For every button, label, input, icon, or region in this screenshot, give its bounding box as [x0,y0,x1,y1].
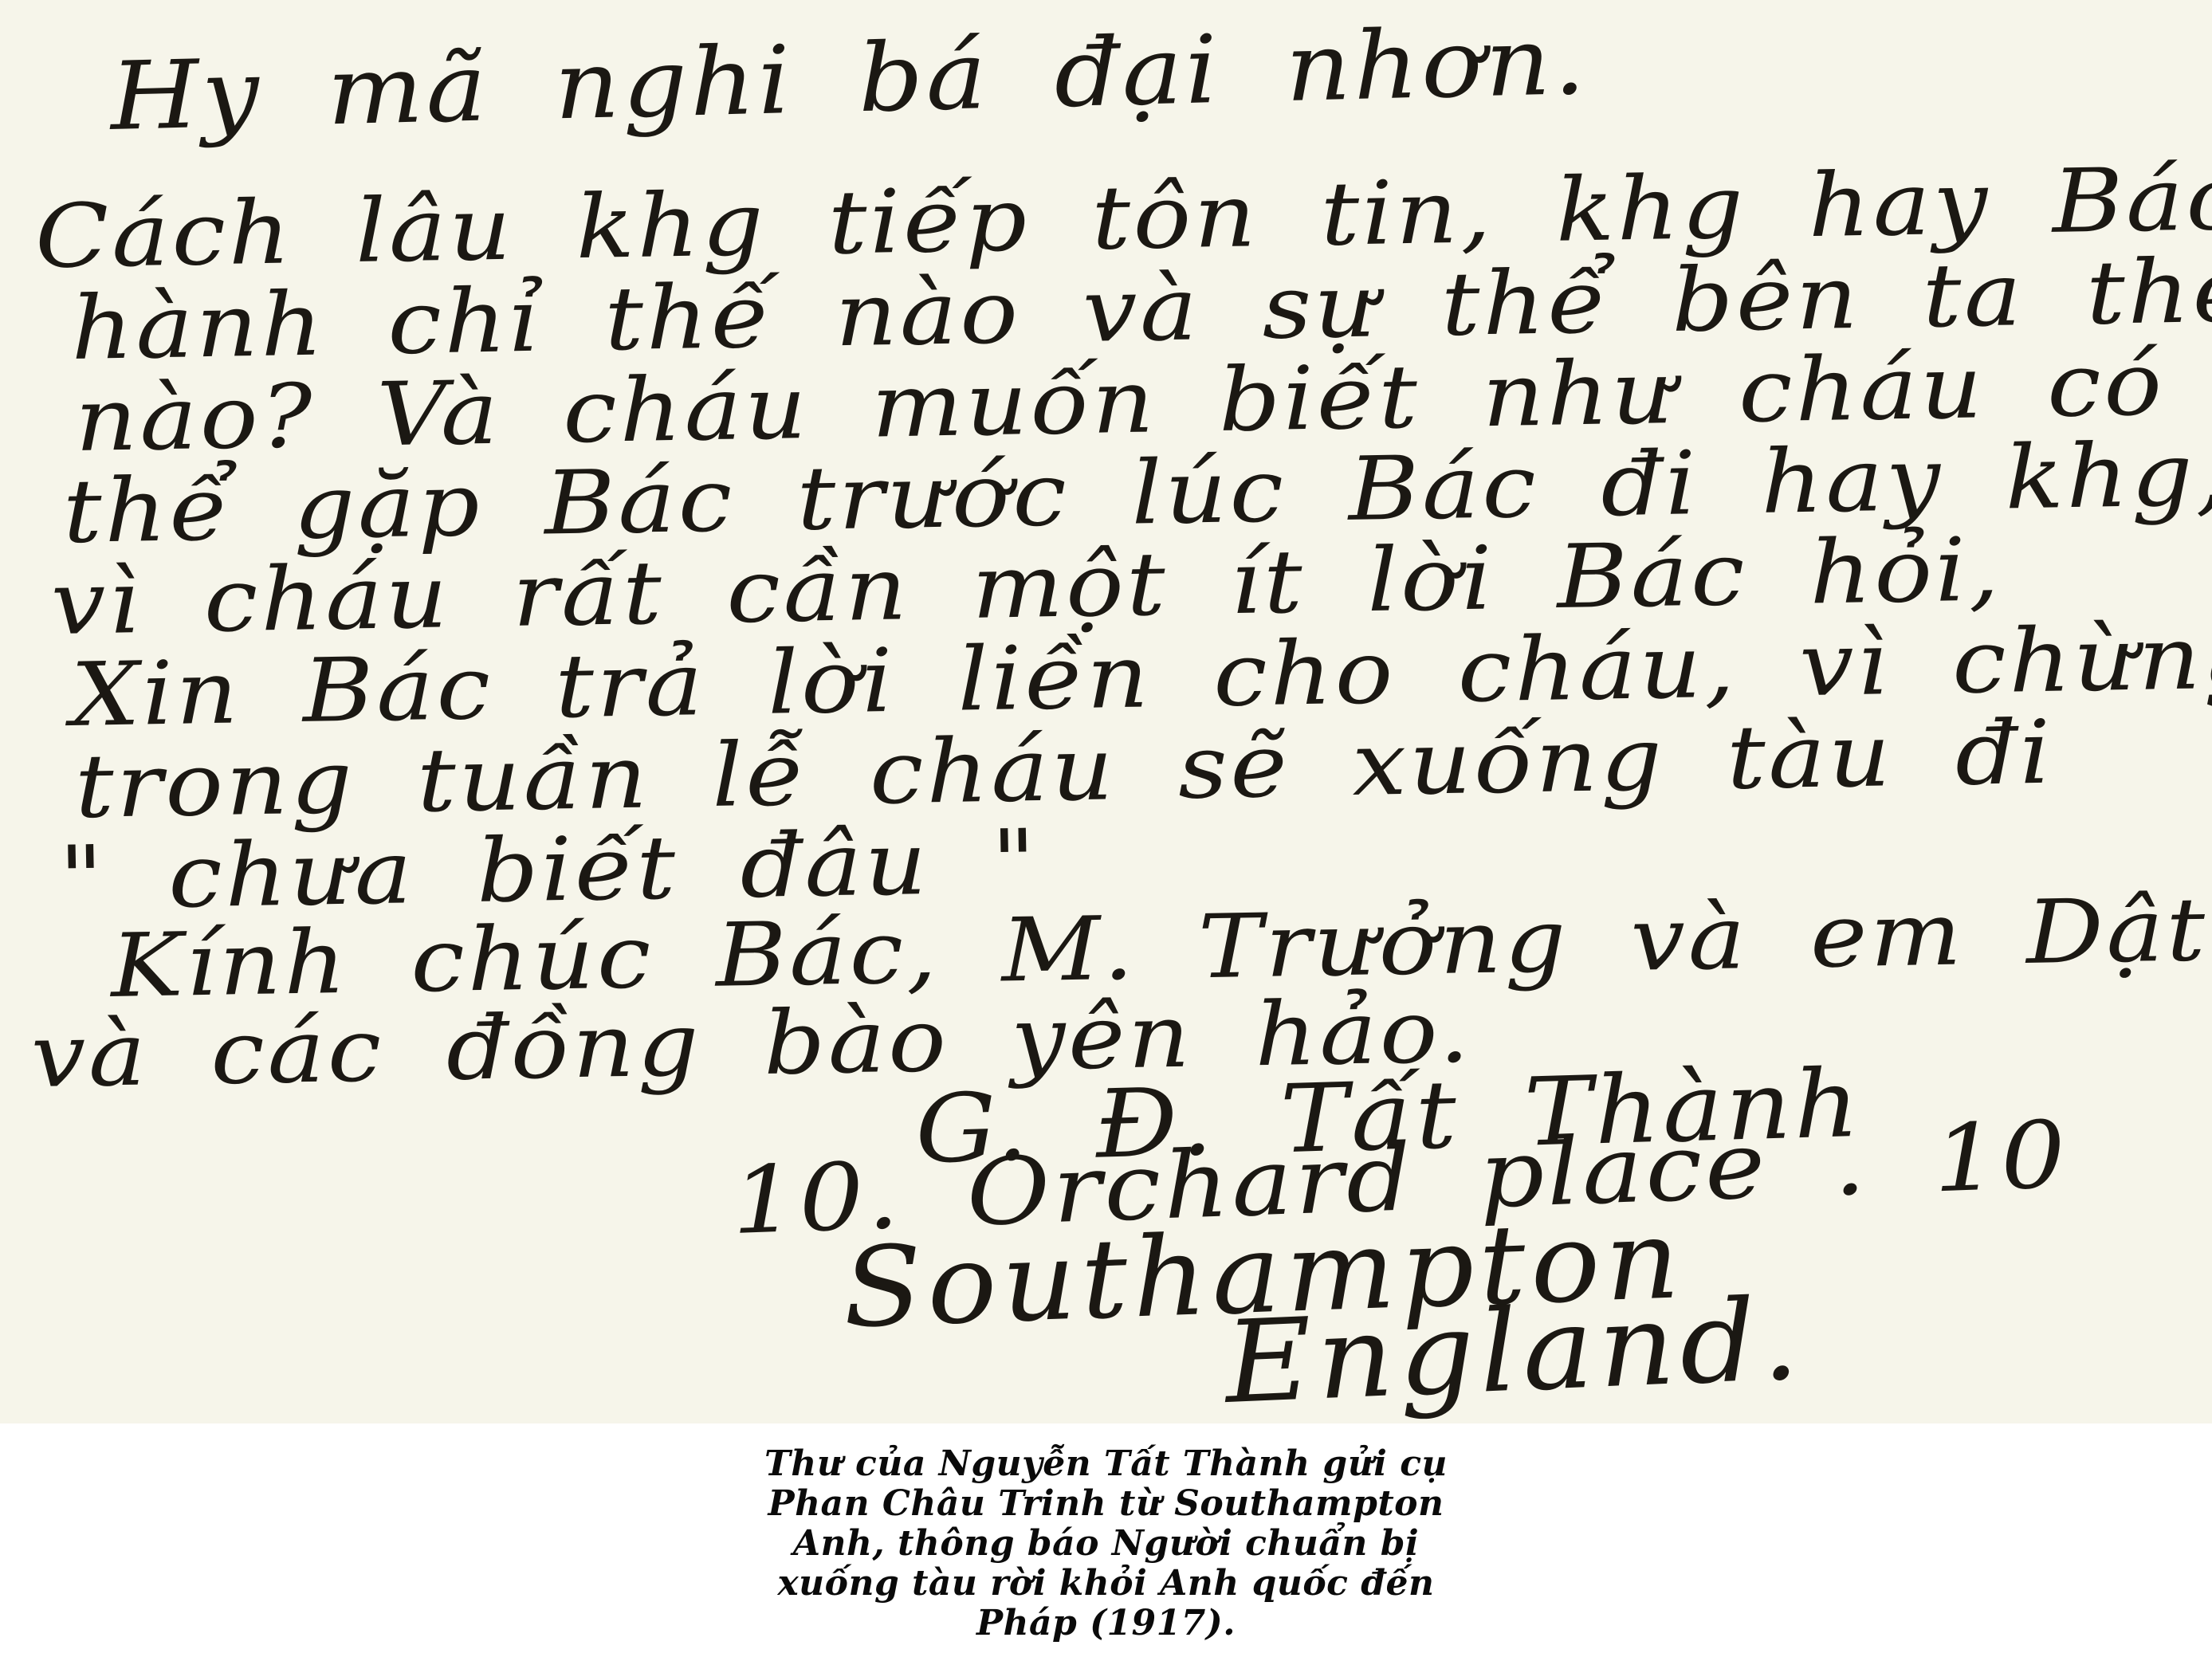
handwritten-line-salutation: Hy mã nghi bá đại nhơn. [109,14,1589,143]
caption-line: xuống tàu rời khỏi Anh quốc đến [0,1564,2212,1604]
page: Hy mã nghi bá đại nhơn. Cách lâu khg tiế… [0,0,2212,1657]
caption-line: Pháp (1917). [0,1604,2212,1643]
handwritten-address-country: England. [1223,1283,1805,1420]
photo-caption: Thư của Nguyễn Tất Thành gửi cụ Phan Châ… [0,1444,2212,1643]
caption-line: Anh, thông báo Người chuẩn bị [0,1524,2212,1564]
caption-line: Thư của Nguyễn Tất Thành gửi cụ [0,1444,2212,1484]
letter-photo: Hy mã nghi bá đại nhơn. Cách lâu khg tiế… [0,0,2212,1423]
caption-line: Phan Châu Trinh từ Southampton [0,1484,2212,1524]
